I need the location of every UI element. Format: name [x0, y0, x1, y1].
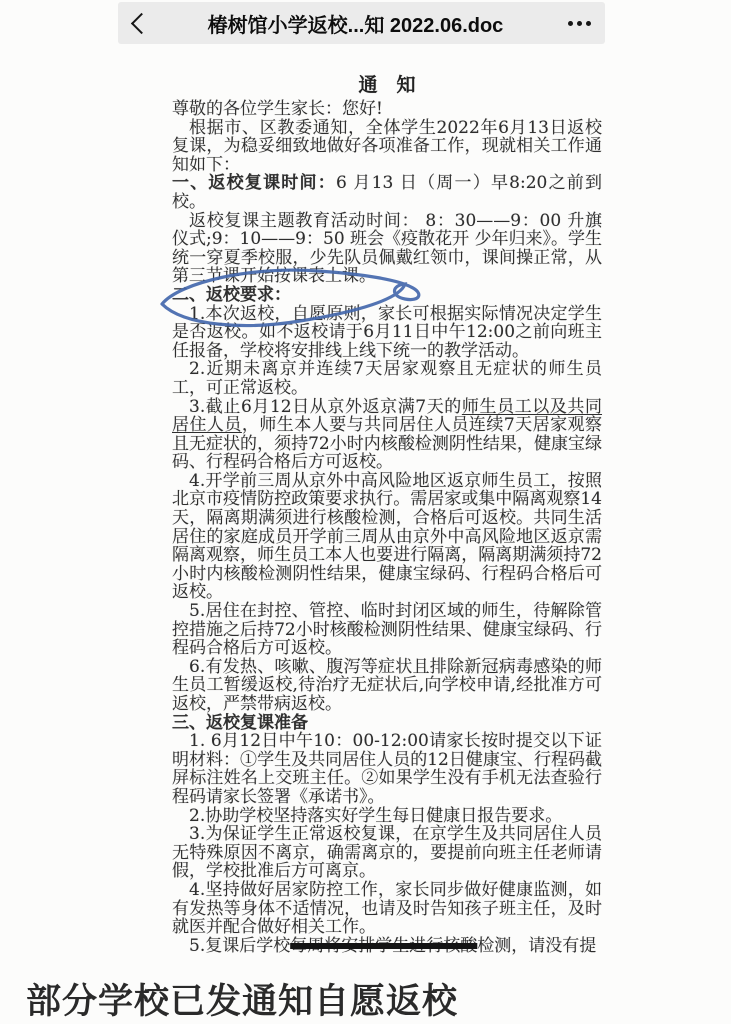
- doc-paragraph: 2.协助学校坚持落实好学生每日健康日报告要求。: [172, 807, 602, 826]
- ellipsis-icon: [586, 21, 591, 26]
- text-segment: 返校复课主题教育活动时间： 8：30——9：00 升旗仪式;9：10——9：50…: [172, 211, 602, 287]
- doc-paragraph: 1. 6月12日中午10：00-12:00请家长按时提交以下证明材料：①学生及共…: [172, 732, 602, 806]
- document-title: 通 知: [172, 74, 602, 96]
- back-button[interactable]: [118, 2, 158, 44]
- document-page: 通 知 尊敬的各位学生家长：您好!根据市、区教委通知，全体学生2022年6月13…: [172, 74, 602, 955]
- doc-paragraph: 二、返校要求：: [172, 286, 602, 305]
- file-viewer-header: 椿树馆小学返校...知 2022.06.doc: [118, 2, 605, 44]
- text-segment: 检测，请没有提: [477, 936, 596, 956]
- text-segment: 3.为保证学生正常返校复课，在京学生及共同居住人员无特殊原因不离京，确需离京的，…: [172, 824, 602, 881]
- section-heading-text: 三、返校复课准备: [172, 713, 308, 733]
- doc-paragraph: 5.居住在封控、管控、临时封闭区域的师生，待解除管控措施之后持72小时核酸检测阴…: [172, 602, 602, 658]
- doc-paragraph: 3.截止6月12日从京外返京满7天的师生员工以及共同居住人员，师生本人要与共同居…: [172, 398, 602, 472]
- more-menu-button[interactable]: [553, 2, 605, 44]
- file-title: 椿树馆小学返校...知 2022.06.doc: [158, 9, 553, 38]
- doc-paragraph: 返校复课主题教育活动时间： 8：30——9：00 升旗仪式;9：10——9：50…: [172, 212, 602, 286]
- doc-paragraph: 4.开学前三周从京外中高风险地区返京师生员工，按照北京市疫情防控政策要求执行。需…: [172, 472, 602, 602]
- doc-paragraph: 6.有发热、咳嗽、腹泻等症状且排除新冠病毒感染的师生员工暂缓返校,待治疗无症状后…: [172, 658, 602, 714]
- ellipsis-icon: [577, 21, 582, 26]
- section-heading-text: 二、返校要求：: [172, 285, 291, 305]
- text-segment: 2.近期未离京并连续7天居家观察且无症状的师生员工，可正常返校。: [172, 359, 602, 398]
- doc-paragraph: 一、返校复课时间：6 月13 日（周一）早8:20之前到校。: [172, 174, 602, 211]
- doc-paragraph: 1.本次返校，自愿原则，家长可根据实际情况决定学生是否返校。如不返校请于6月11…: [172, 305, 602, 361]
- chevron-left-icon: [130, 12, 151, 33]
- text-segment: 尊敬的各位学生家长：您好!: [172, 99, 383, 119]
- doc-paragraphs: 尊敬的各位学生家长：您好!根据市、区教委通知，全体学生2022年6月13日返校复…: [172, 100, 602, 955]
- text-segment: 3.截止6月12日从京外返京满7天的: [189, 397, 462, 417]
- doc-paragraph: 2.近期未离京并连续7天居家观察且无症状的师生员工，可正常返校。: [172, 360, 602, 397]
- section-heading-text: 一、返校复课时间：: [172, 173, 336, 193]
- doc-paragraph: 尊敬的各位学生家长：您好!: [172, 100, 602, 119]
- text-segment: 5.复课后学校: [189, 936, 290, 956]
- doc-paragraph: 3.为保证学生正常返校复课，在京学生及共同居住人员无特殊原因不离京，确需离京的，…: [172, 825, 602, 881]
- text-segment: 1. 6月12日中午10：00-12:00请家长按时提交以下证明材料：①学生及共…: [172, 731, 602, 807]
- text-segment: 5.居住在封控、管控、临时封闭区域的师生，待解除管控措施之后持72小时核酸检测阴…: [172, 601, 602, 658]
- doc-paragraph: 5.复课后学校每周将安排学生进行核酸检测，请没有提: [172, 937, 602, 956]
- doc-paragraph: 三、返校复课准备: [172, 714, 602, 733]
- doc-paragraph: 4.坚持做好居家防控工作，家长同步做好健康监测，如有发热等身体不适情况，也请及时…: [172, 881, 602, 937]
- doc-paragraph: 根据市、区教委通知，全体学生2022年6月13日返校复课，为稳妥细致地做好各项准…: [172, 119, 602, 175]
- text-segment: 1.本次返校，自愿原则，家长可根据实际情况决定学生是否返校。如不返校请于6月11…: [172, 304, 602, 361]
- ellipsis-icon: [568, 21, 573, 26]
- text-segment: 根据市、区教委通知，全体学生2022年6月13日返校复课，为稳妥细致地做好各项准…: [172, 118, 602, 175]
- text-segment: 2.协助学校坚持落实好学生每日健康日报告要求。: [189, 806, 562, 826]
- text-segment: 4.开学前三周从京外中高风险地区返京师生员工，按照北京市疫情防控政策要求执行。需…: [172, 471, 602, 603]
- headline-caption: 部分学校已发通知自愿返校: [26, 982, 458, 1022]
- text-segment: 6.有发热、咳嗽、腹泻等症状且排除新冠病毒感染的师生员工暂缓返校,待治疗无症状后…: [172, 657, 602, 714]
- redacted-text: 每周将安排学生进行核酸: [290, 936, 477, 956]
- text-segment: 4.坚持做好居家防控工作，家长同步做好健康监测，如有发热等身体不适情况，也请及时…: [172, 880, 602, 937]
